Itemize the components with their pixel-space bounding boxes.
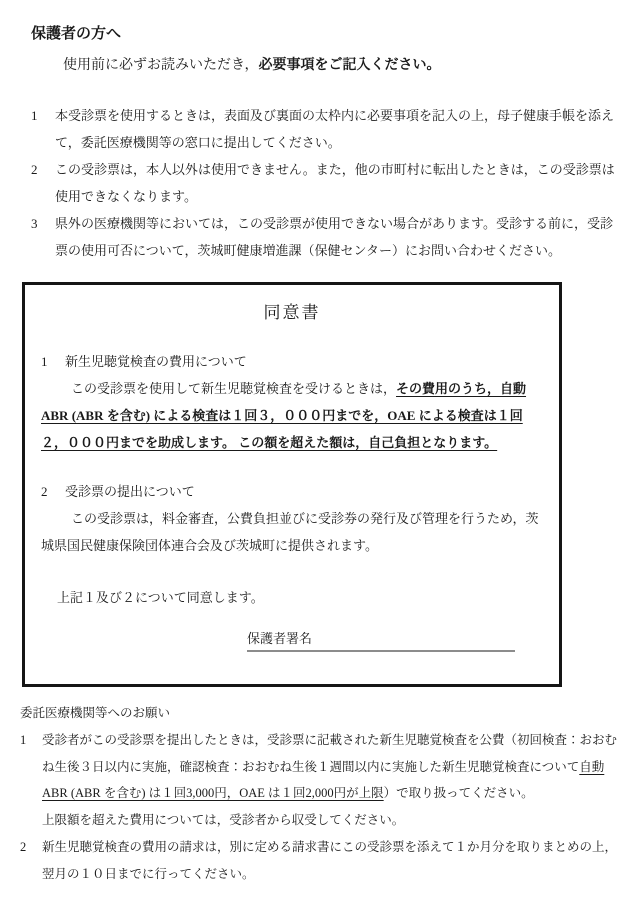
signature-row: 保護者署名: [247, 628, 543, 652]
guardian-signature-field[interactable]: 保護者署名: [247, 628, 515, 652]
medical-institution-request-section: 委託医療機関等へのお願い 1 受診者がこの受診票を提出したときは，受診票に記載さ…: [20, 700, 622, 888]
excess-fee-note: 上限額を超えた費用については，受診者から収受してください。: [42, 807, 622, 834]
item-body: 受診者がこの受診票を提出したときは，受診票に記載された新生児聴覚検査を公費（初回…: [42, 727, 622, 834]
item-number: 1: [41, 348, 65, 375]
signature-label: 保護者署名: [247, 631, 312, 646]
consent-section-2-paragraph: この受診票は，料金審査，公費負担並びに受診券の発行及び管理を行うため，茨城県国民…: [41, 505, 543, 559]
list-item: 1 本受診票を使用するときは，表面及び裏面の太枠内に必要事項を記入の上，母子健康…: [31, 102, 618, 156]
item-text: 本受診票を使用するときは，表面及び裏面の太枠内に必要事項を記入の上，母子健康手帳…: [55, 102, 618, 156]
agreement-statement: 上記１及び２について同意します。: [57, 584, 543, 611]
item-number: 2: [31, 156, 55, 210]
item-text: 県外の医療機関等においては，この受診票が使用できない場合があります。受診する前に…: [55, 210, 618, 264]
consent-section-1-heading: 1 新生児聴覚検査の費用について: [41, 348, 543, 375]
guardian-notice-title: 保護者の方へ: [31, 24, 618, 45]
request-item-2: 2 新生児聴覚検査の費用の請求は，別に定める請求書にこの受診票を添えて１か月分を…: [20, 834, 622, 888]
guardian-notice-lead: 使用前に必ずお読みいただき，必要事項をご記入ください。: [63, 55, 618, 76]
lead-normal-text: 使用前に必ずお読みいただき，: [63, 58, 258, 73]
item-number: 3: [31, 210, 55, 264]
item-number: 1: [31, 102, 55, 156]
item-text: この受診票は，本人以外は使用できません。また，他の市町村に転出したときは，この受…: [55, 156, 618, 210]
item-number: 2: [20, 834, 42, 888]
paragraph-lead-text: この受診票を使用して新生児聴覚検査を受けるときは，: [71, 381, 396, 396]
item-number: 1: [20, 727, 42, 834]
section-heading-text: 受診票の提出について: [65, 478, 195, 505]
consent-section-2-heading: 2 受診票の提出について: [41, 478, 543, 505]
request-pre-text: 受診者がこの受診票を提出したときは，受診票に記載された新生児聴覚検査を公費（初回…: [42, 733, 617, 774]
item-number: 2: [41, 478, 65, 505]
document-page: 保護者の方へ 使用前に必ずお読みいただき，必要事項をご記入ください。 1 本受診…: [0, 0, 630, 903]
guardian-notice-section: 保護者の方へ 使用前に必ずお読みいただき，必要事項をご記入ください。 1 本受診…: [0, 0, 630, 264]
list-item: 3 県外の医療機関等においては，この受診票が使用できない場合があります。受診する…: [31, 210, 618, 264]
consent-title: 同意書: [41, 299, 543, 326]
consent-section-1-paragraph: この受診票を使用して新生児聴覚検査を受けるときは，その費用のうち，自動 ABR …: [41, 375, 543, 456]
request-item-1-paragraph: 受診者がこの受診票を提出したときは，受診票に記載された新生児聴覚検査を公費（初回…: [42, 727, 622, 807]
section-heading-text: 新生児聴覚検査の費用について: [65, 348, 247, 375]
consent-form-box: 同意書 1 新生児聴覚検査の費用について この受診票を使用して新生児聴覚検査を受…: [22, 282, 562, 687]
request-section-title: 委託医療機関等へのお願い: [20, 700, 622, 727]
request-post-text: ）で取り扱ってください。: [384, 786, 534, 800]
item-text: 新生児聴覚検査の費用の請求は，別に定める請求書にこの受診票を添えて１か月分を取り…: [42, 834, 622, 888]
request-item-1: 1 受診者がこの受診票を提出したときは，受診票に記載された新生児聴覚検査を公費（…: [20, 727, 622, 834]
guardian-notice-list: 1 本受診票を使用するときは，表面及び裏面の太枠内に必要事項を記入の上，母子健康…: [31, 102, 618, 264]
lead-bold-text: 必要事項をご記入ください。: [258, 58, 440, 73]
list-item: 2 この受診票は，本人以外は使用できません。また，他の市町村に転出したときは，こ…: [31, 156, 618, 210]
